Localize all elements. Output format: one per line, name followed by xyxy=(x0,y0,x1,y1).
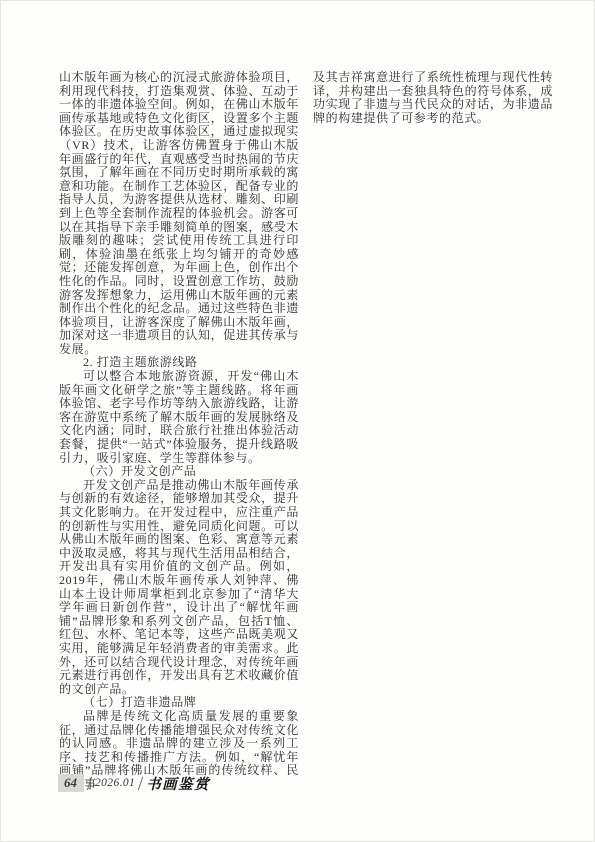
paragraph: 及其吉祥寓意进行了系统性梳理与现代性转译，并构建出一套独具特色的符号体系，成功实… xyxy=(313,71,553,125)
left-column: 山木版年画为核心的沉浸式旅游体验项目，利用现代科技，打造集观赏、体验、互动于一体… xyxy=(59,71,299,791)
right-column: 及其吉祥寓意进行了系统性梳理与现代性转译，并构建出一套独具特色的符号体系，成功实… xyxy=(313,71,553,791)
paragraph: 开发文创产品是推动佛山木版年画传承与创新的有效途径，能够增加其受众，提升其文化影… xyxy=(59,479,299,697)
page-footer: 64 2026.01 书画鉴赏 xyxy=(58,773,210,793)
paragraph: 可以整合本地旅游资源，开发“佛山木版年画文化研学之旅”等主题线路。将年画体验馆、… xyxy=(59,370,299,465)
issue-date: 2026.01 xyxy=(95,777,135,789)
footer-separator-icon xyxy=(138,777,143,790)
journal-page: 山木版年画为核心的沉浸式旅游体验项目，利用现代科技，打造集观赏、体验、互动于一体… xyxy=(0,0,595,842)
section-heading: （七）打造非遗品牌 xyxy=(59,696,299,710)
footer-separator-icon xyxy=(87,777,92,790)
article-body: 山木版年画为核心的沉浸式旅游体验项目，利用现代科技，打造集观赏、体验、互动于一体… xyxy=(59,71,553,791)
journal-title: 书画鉴赏 xyxy=(146,773,210,794)
paragraph: 山木版年画为核心的沉浸式旅游体验项目，利用现代科技，打造集观赏、体验、互动于一体… xyxy=(59,71,299,356)
section-heading: （六）开发文创产品 xyxy=(59,465,299,479)
page-number: 64 xyxy=(58,774,84,792)
